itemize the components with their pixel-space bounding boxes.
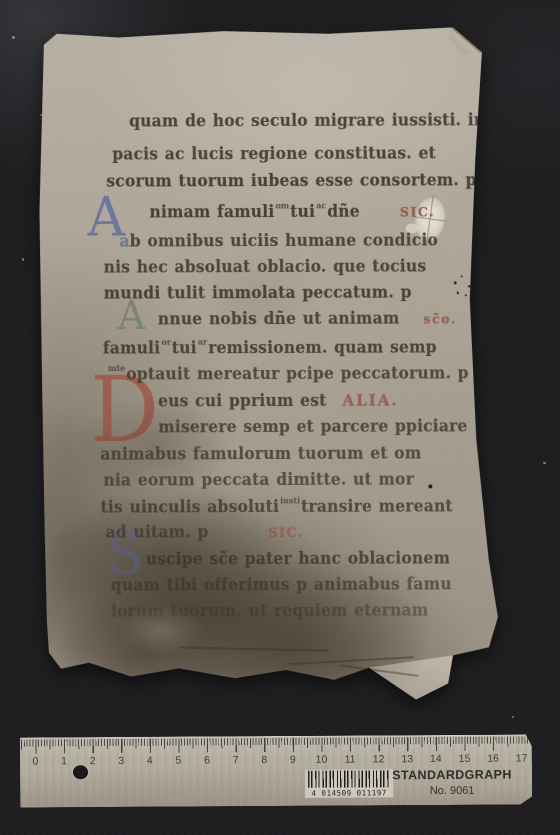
script-text: scorum tuorum iubeas esse consortem. p xyxy=(106,169,476,190)
ruler-number-10: 10 xyxy=(312,754,330,766)
ruler-number-9: 9 xyxy=(284,754,302,766)
script-text: miserere semp et parcere ppiciare xyxy=(158,415,467,436)
script-text: tui xyxy=(290,201,315,221)
script-text: or xyxy=(161,336,171,347)
script-text: nnue nobis dñe ut animam xyxy=(158,308,400,329)
lint-speck xyxy=(543,462,546,464)
script-text: uscipe sc̃e pater hanc oblacionem xyxy=(146,547,451,568)
text-line: quam tibi offerimus p animabus famu xyxy=(111,573,452,594)
ruler-number-6: 6 xyxy=(198,754,216,766)
script-text: dñe xyxy=(327,201,360,221)
ink-speck xyxy=(461,275,463,277)
ruler: 01234567891011121314151617 4 014509 0111… xyxy=(20,734,532,807)
ruler-number-8: 8 xyxy=(255,754,273,766)
ink-speck xyxy=(468,285,471,287)
text-line: quam de hoc seculo migrare iussisti. in xyxy=(129,109,485,130)
text-line: animabus famulorum tuorum et om xyxy=(100,442,421,463)
rubric-text: ALIA. xyxy=(342,391,398,410)
text-line: famulior tuiar remissionem. quam semp xyxy=(103,335,437,357)
barcode: 4 014509 011197 xyxy=(305,769,393,798)
ink-speck xyxy=(457,291,459,294)
text-line: eus cui pprium estALIA. xyxy=(158,390,399,411)
text-line: nis hec absoluat oblacio. que tocius xyxy=(104,255,427,276)
ruler-number-14: 14 xyxy=(427,753,445,765)
lint-speck xyxy=(12,36,15,39)
script-text: nia eorum peccata dimitte. ut mor xyxy=(103,468,414,489)
text-line: lorum tuorum. ut requiem eternam xyxy=(111,599,429,620)
script-text: remissionem. quam semp xyxy=(208,336,437,357)
lint-speck xyxy=(22,258,24,261)
tear-crease xyxy=(179,646,329,651)
script-text: tui xyxy=(172,337,197,357)
manuscript-leaf: AADS quam de hoc seculo migrare iussisti… xyxy=(37,23,501,705)
script-text: eus cui pprium est xyxy=(158,390,326,411)
text-line: miserere semp et parcere ppiciare xyxy=(158,415,467,436)
script-text: ac xyxy=(316,200,326,211)
script-text: om xyxy=(275,200,289,211)
text-line: scorum tuorum iubeas esse consortem. p xyxy=(106,169,476,190)
script-text: animabus famulorum tuorum et om xyxy=(100,442,421,463)
ruler-number-3: 3 xyxy=(112,755,130,767)
text-line: nimam famuliom tuiac dñeSIC. xyxy=(149,199,435,221)
ruler-number-16: 16 xyxy=(484,753,502,765)
illuminated-initial-d: D xyxy=(90,372,159,449)
rubric-text: SIC. xyxy=(400,204,435,220)
ruler-number-15: 15 xyxy=(455,753,473,765)
barcode-bars xyxy=(308,770,390,788)
text-line: mundi tulit immolata peccatum. p xyxy=(104,282,412,303)
ink-speck xyxy=(454,281,457,284)
text-line: tis uinculis absolutiiusti transire mere… xyxy=(100,494,452,516)
script-text: nimam famuli xyxy=(149,201,274,222)
script-text: transire mereant xyxy=(301,495,453,516)
manuscript-photograph: AADS quam de hoc seculo migrare iussisti… xyxy=(0,0,560,835)
script-text: lorum tuorum. ut requiem eternam xyxy=(111,599,429,620)
ruler-number-13: 13 xyxy=(398,753,416,765)
illuminated-initial-a: A xyxy=(118,298,146,332)
barcode-digits: 4 014509 011197 xyxy=(308,788,390,798)
ruler-number-5: 5 xyxy=(169,755,187,767)
script-text: a xyxy=(120,230,130,250)
text-line: nnue nobis dñe ut animamsc̃o. xyxy=(158,307,457,328)
script-text: mundi tulit immolata peccatum. p xyxy=(104,282,412,303)
script-text: tis uinculis absoluti xyxy=(100,496,279,517)
lint-speck xyxy=(512,716,514,718)
text-line: mteoptauit mereatur pcipe peccatorum. p xyxy=(107,361,469,383)
ruler-number-4: 4 xyxy=(141,755,159,767)
ruler-number-0: 0 xyxy=(26,755,44,767)
rubric-text: sc̃o. xyxy=(423,311,457,327)
brand-label: STANDARDGRAPH xyxy=(382,767,522,782)
ruler-number-17: 17 xyxy=(513,752,531,764)
text-line: pacis ac lucis regione constituas. et xyxy=(112,142,436,163)
script-text: ar xyxy=(198,336,207,347)
script-text: famuli xyxy=(103,337,160,357)
script-text: mte xyxy=(108,363,125,374)
script-text: nis hec absoluat oblacio. que tocius xyxy=(104,255,427,276)
script-text: iusti xyxy=(280,495,300,506)
script-text: optauit mereatur pcipe peccatorum. p xyxy=(126,362,469,383)
text-line: ab omnibus uiciis humane condicio xyxy=(120,229,439,250)
script-text: quam de hoc seculo migrare iussisti. in xyxy=(129,109,485,130)
text-line: ad uitam. pSIC. xyxy=(106,521,304,542)
script-text: quam tibi offerimus p animabus famu xyxy=(111,573,452,594)
ruler-number-11: 11 xyxy=(341,753,359,765)
rubric-text: SIC. xyxy=(268,524,303,540)
text-line: uscipe sc̃e pater hanc oblacionem xyxy=(146,547,451,568)
ruler-punch-hole xyxy=(73,765,88,779)
ruler-number-1: 1 xyxy=(55,755,73,767)
parchment-surface: AADS quam de hoc seculo migrare iussisti… xyxy=(37,23,501,705)
corner-flap xyxy=(369,653,455,701)
script-text: pacis ac lucis regione constituas. et xyxy=(112,142,436,163)
script-text: ad uitam. p xyxy=(106,521,209,541)
text-line: nia eorum peccata dimitte. ut mor xyxy=(103,468,414,489)
ruler-number-12: 12 xyxy=(370,753,388,765)
ink-blot xyxy=(428,484,432,488)
ruler-number-2: 2 xyxy=(84,755,102,767)
model-number-label: No. 9061 xyxy=(402,785,502,798)
ink-speck xyxy=(465,294,467,296)
script-text: b omnibus uiciis humane condicio xyxy=(130,229,438,250)
ruler-number-7: 7 xyxy=(227,754,245,766)
